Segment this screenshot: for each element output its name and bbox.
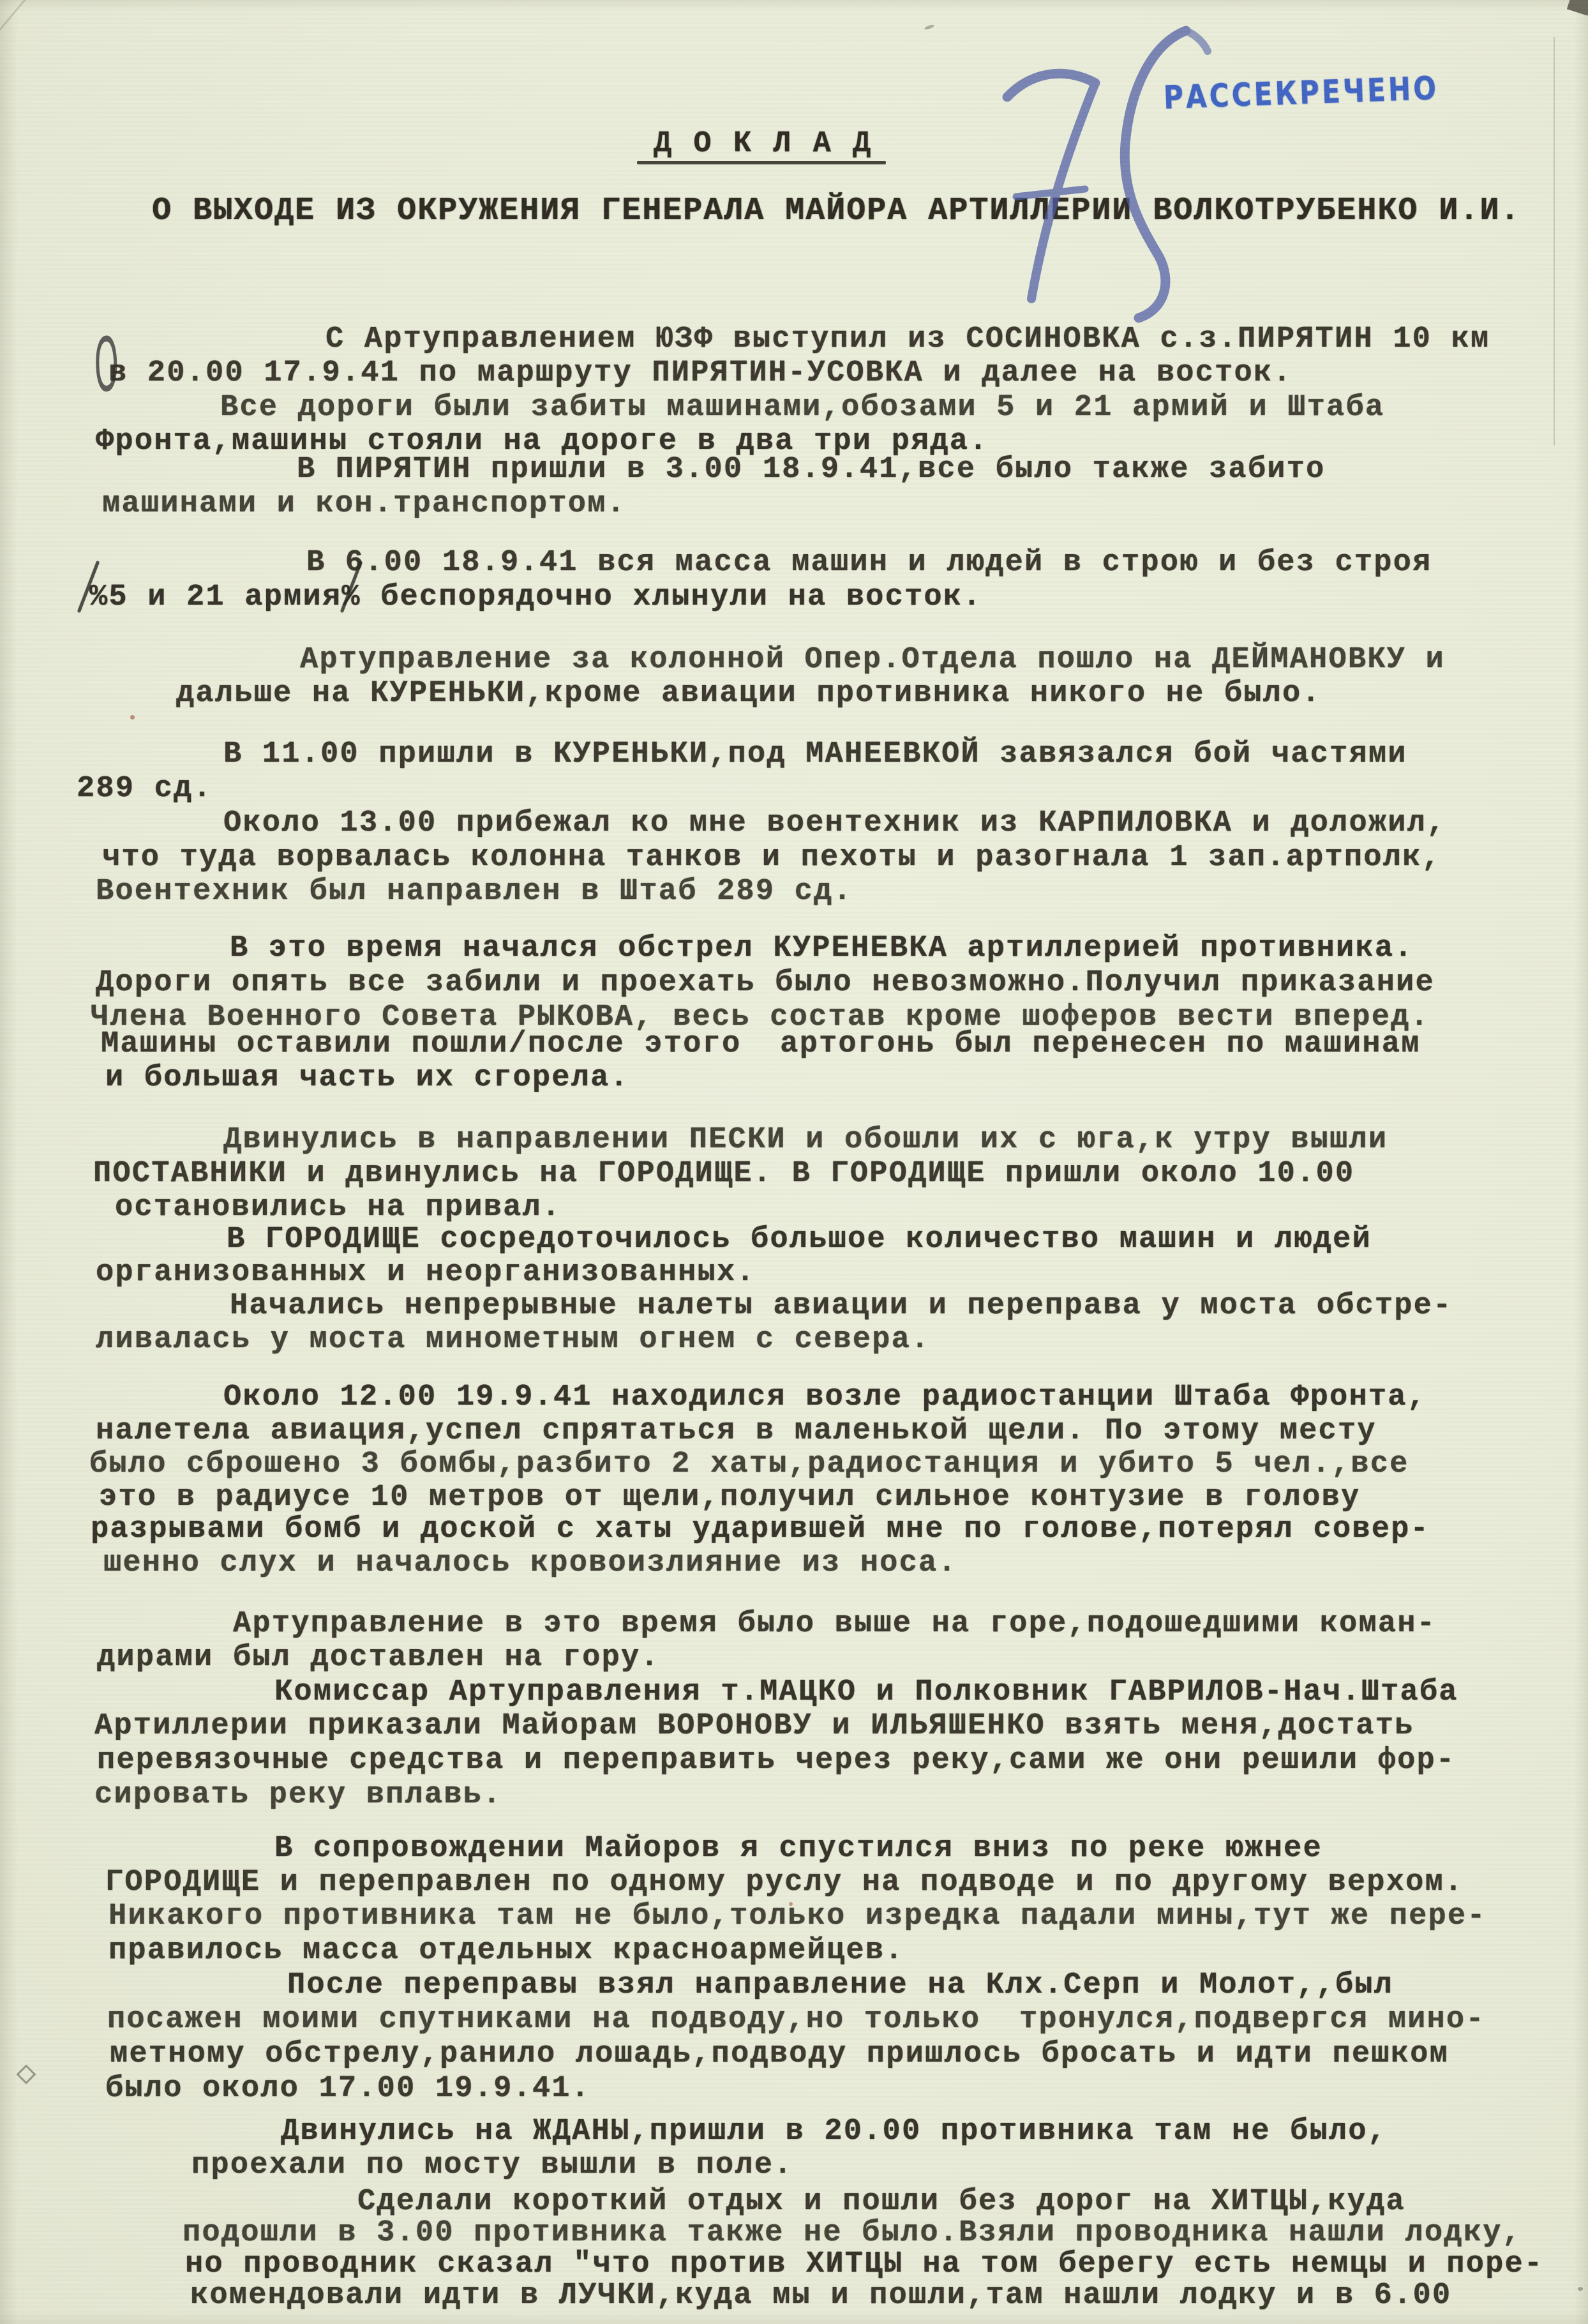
text-line: %5 и 21 армия% беспорядочно хлынули на в…	[89, 582, 982, 612]
text-line: остановились на привал.	[115, 1193, 561, 1223]
text-line: Двинулись в направлении ПЕСКИ и обошли и…	[223, 1125, 1388, 1155]
text-line: Артуправление за колонной Опер.Отдела по…	[300, 645, 1445, 675]
text-line: сировать реку вплавь.	[94, 1780, 502, 1810]
text-line: В 11.00 пришли в КУРЕНЬКИ,под МАНЕЕВКОЙ …	[223, 739, 1407, 769]
text-line: ГОРОДИЩЕ и переправлен по одному руслу н…	[105, 1867, 1464, 1898]
text-line: После переправы взял направление на Клх.…	[287, 1970, 1393, 2000]
text-line: Двинулись на ЖДАНЫ,пришли в 20.00 против…	[281, 2116, 1387, 2147]
text-line: В это время начался обстрел КУРЕНЕВКА ар…	[230, 933, 1414, 963]
text-line: шенно слух и началось кровоизлияние из н…	[103, 1548, 957, 1578]
scan-corner-mark	[1567, 0, 1588, 16]
text-line: В ГОРОДИЩЕ сосредоточилось большое колич…	[227, 1225, 1372, 1255]
text-line: Около 13.00 прибежал ко мне воентехник и…	[223, 808, 1446, 838]
text-line: Комиссар Артуправления т.МАЦКО и Полковн…	[274, 1677, 1458, 1707]
text-line: дирами был доставлен на гору.	[97, 1643, 660, 1673]
text-line: С Артуправлением ЮЗФ выступил из СОСИНОВ…	[326, 324, 1490, 354]
text-line: правилось масса отдельных красноармейцев…	[109, 1936, 904, 1966]
text-line: Воентехник был направлен в Штаб 289 сд.	[96, 877, 853, 907]
scanned-report-page: РАССЕКРЕЧЕНО О Д О К Л А Д О ВЫХОДЕ ИЗ О…	[0, 0, 1588, 2324]
page-title: Д О К Л А Д	[654, 129, 873, 159]
text-line: Начались непрерывные налеты авиации и пе…	[230, 1291, 1453, 1321]
text-line: дальше на КУРЕНЬКИ,кроме авиации противн…	[176, 679, 1321, 709]
text-line: ПОСТАВНИКИ и двинулись на ГОРОДИЩЕ. В ГО…	[93, 1159, 1354, 1189]
text-line: Дороги опять все забили и проехать было …	[96, 968, 1435, 998]
text-line: было сброшено 3 бомбы,разбито 2 хаты,рад…	[89, 1449, 1409, 1479]
text-line: Артуправление в это время было выше на г…	[233, 1609, 1436, 1639]
text-line: В 6.00 18.9.41 вся масса машин и людей в…	[306, 548, 1432, 578]
page-subtitle: О ВЫХОДЕ ИЗ ОКРУЖЕНИЯ ГЕНЕРАЛА МАЙОРА АР…	[152, 195, 1520, 227]
text-line: В сопровождении Майоров я спустился вниз…	[274, 1834, 1322, 1864]
text-line: налетела авиация,успел спрятаться в мале…	[96, 1416, 1377, 1446]
text-line: Около 12.00 19.9.41 находился возле ради…	[223, 1382, 1427, 1412]
text-line: что туда ворвалась колонна танков и пехо…	[102, 843, 1441, 873]
pencil-tick	[924, 24, 935, 30]
handwritten-75-drawing	[970, 26, 1238, 326]
text-line: разрывами бомб и доской с хаты ударившей…	[91, 1514, 1430, 1544]
paper-crease	[1554, 37, 1555, 446]
paper-crease	[0, 0, 34, 93]
paper-speck	[130, 715, 135, 720]
paper-speck	[1578, 2287, 1583, 2291]
text-line: посажен моими спутниками на подводу,но т…	[107, 2005, 1485, 2035]
text-line: проехали по мосту вышли в поле.	[191, 2150, 793, 2180]
text-line: Сделали короткий отдых и пошли без дорог…	[357, 2187, 1405, 2217]
text-line: это в радиусе 10 метров от щели,получил …	[99, 1483, 1360, 1513]
title-underline	[637, 161, 886, 164]
text-line: ливалась у моста минометным огнем с севе…	[96, 1325, 930, 1355]
paper-speck	[789, 1902, 793, 1906]
text-line: и большая часть их сгорела.	[105, 1063, 629, 1093]
text-line: метному обстрелу,ранило лошадь,подводу п…	[110, 2039, 1449, 2069]
text-line: перевязочные средства и переправить чере…	[97, 1746, 1455, 1776]
text-line: Фронта,машины стояли на дороге в два три…	[96, 426, 989, 456]
text-line: организованных и неорганизованных.	[96, 1258, 756, 1288]
text-line: Артиллерии приказали Майорам ВОРОНОВУ и …	[94, 1711, 1414, 1741]
handwritten-page-number	[970, 26, 1238, 329]
pencil-diamond-mark	[16, 2064, 36, 2084]
text-line: комендовали идти в ЛУЧКИ,куда мы и пошли…	[190, 2281, 1451, 2311]
text-line: машинами и кон.транспортом.	[102, 489, 626, 519]
text-line: подошли в 3.00 противника также не было.…	[183, 2218, 1522, 2248]
text-line: Никакого противника там не было,только и…	[109, 1901, 1487, 1931]
text-line: в 20.00 17.9.41 по маршруту ПИРЯТИН-УСОВ…	[109, 358, 1292, 388]
text-line: но проводник сказал "что против ХИТЦЫ на…	[185, 2249, 1543, 2279]
text-line: было около 17.00 19.9.41.	[105, 2074, 590, 2104]
text-line: Все дороги были забиты машинами,обозами …	[220, 393, 1384, 423]
text-line: В ПИРЯТИН пришли в 3.00 18.9.41,все было…	[297, 455, 1325, 485]
text-line: 289 сд.	[77, 774, 213, 804]
text-line: Машины оставили пошли/после этого артого…	[101, 1029, 1421, 1059]
